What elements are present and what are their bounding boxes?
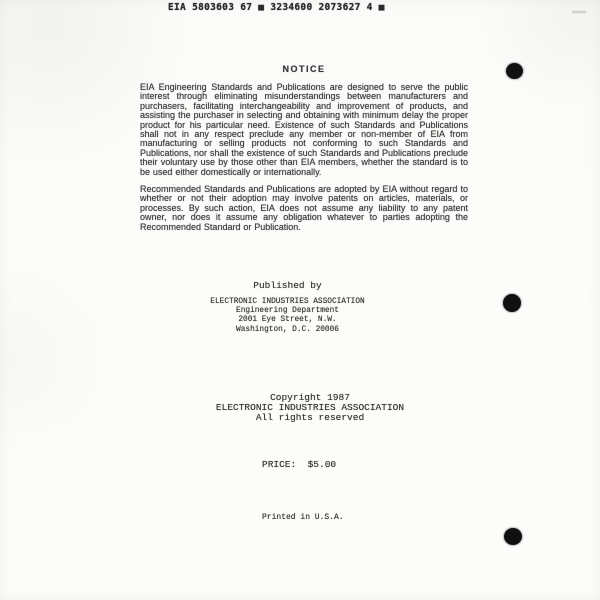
punch-hole-dot <box>504 528 522 545</box>
publisher-address-block: ELECTRONIC INDUSTRIES ASSOCIATION Engine… <box>140 298 435 335</box>
scanned-document-page: EIA 5803603 67 ■ 3234600 2073627 4 ■ NOT… <box>0 0 600 600</box>
ocr-catalog-stamp: EIA 5803603 67 ■ 3234600 2073627 4 ■ <box>168 2 408 13</box>
publisher-city: Washington, D.C. 20006 <box>140 326 435 335</box>
published-by-label: Published by <box>140 280 435 291</box>
price-label: PRICE: $5.00 <box>262 459 336 470</box>
notice-paragraph-1: EIA Engineering Standards and Publicatio… <box>140 83 468 177</box>
notice-heading: NOTICE <box>140 64 468 74</box>
punch-hole-dot <box>506 63 523 79</box>
publisher-name: ELECTRONIC INDUSTRIES ASSOCIATION <box>140 298 435 307</box>
punch-hole-dot <box>503 294 521 312</box>
copyright-rights: All rights reserved <box>160 413 460 423</box>
printed-in-usa-label: Printed in U.S.A. <box>262 513 344 522</box>
notice-paragraph-2: Recommended Standards and Publications a… <box>140 185 468 232</box>
publisher-street: 2001 Eye Street, N.W. <box>140 316 435 325</box>
scan-smudge <box>572 11 586 13</box>
copyright-block: Copyright 1987 ELECTRONIC INDUSTRIES ASS… <box>160 393 460 422</box>
